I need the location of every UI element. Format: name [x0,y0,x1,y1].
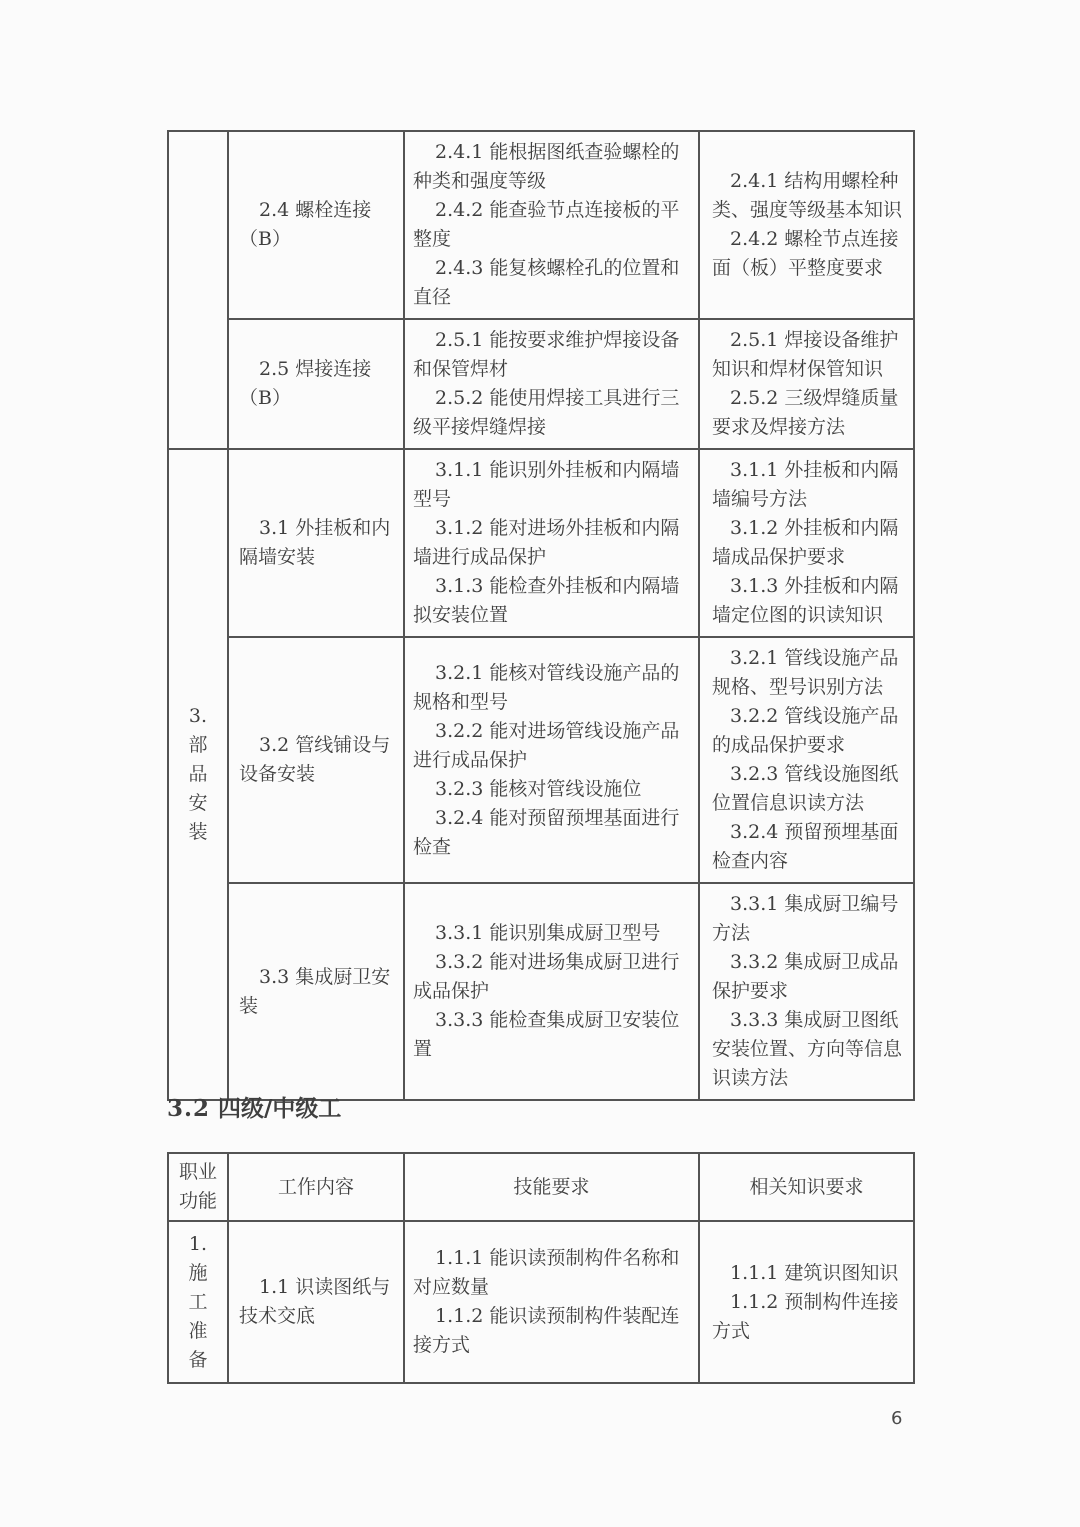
function-group-label: 3. 部 品 安 装 [169,702,227,847]
work-content-label: 3.1 外挂板和内隔墙安装 [239,514,395,572]
knowledge-item: 3.2.3 管线设施图纸位置信息识读方法 [712,760,903,818]
table-row-1-1: 1. 施 工 准 备 1.1 识读图纸与技术交底 1.1.1 能识读预制构件名称… [168,1221,914,1383]
skill-requirements-cell-3-1: 3.1.1 能识别外挂板和内隔墙型号 3.1.2 能对进场外挂板和内隔墙进行成品… [404,449,699,637]
skill-item: 3.2.3 能核对管线设施位 [413,775,684,804]
work-content-cell-3-3: 3.3 集成厨卫安装 [228,883,404,1100]
skill-item: 2.5.1 能按要求维护焊接设备和保管焊材 [413,326,684,384]
work-content-label: 2.4 螺栓连接（B） [239,196,395,254]
skill-requirements-cell-3-3: 3.3.1 能识别集成厨卫型号 3.3.2 能对进场集成厨卫进行成品保护 3.3… [404,883,699,1100]
knowledge-item: 3.1.1 外挂板和内隔墙编号方法 [712,456,903,514]
skill-item: 3.3.1 能识别集成厨卫型号 [413,919,684,948]
skill-item: 3.1.3 能检查外挂板和内隔墙拟安装位置 [413,572,684,630]
work-content-cell-2-4: 2.4 螺栓连接（B） [228,131,404,319]
table-row-3-3: 3.3 集成厨卫安装 3.3.1 能识别集成厨卫型号 3.3.2 能对进场集成厨… [168,883,914,1100]
work-content-cell-1-1: 1.1 识读图纸与技术交底 [228,1221,404,1383]
function-cell-component-installation: 3. 部 品 安 装 [168,449,228,1100]
knowledge-item: 3.3.2 集成厨卫成品保护要求 [712,948,903,1006]
skill-item: 3.2.2 能对进场管线设施产品进行成品保护 [413,717,684,775]
skill-requirements-cell-3-2: 3.2.1 能核对管线设施产品的规格和型号 3.2.2 能对进场管线设施产品进行… [404,637,699,883]
skill-item: 3.2.4 能对预留预埋基面进行检查 [413,804,684,862]
skill-item: 3.1.1 能识别外挂板和内隔墙型号 [413,456,684,514]
knowledge-item: 3.2.2 管线设施产品的成品保护要求 [712,702,903,760]
work-content-cell-3-2: 3.2 管线铺设与设备安装 [228,637,404,883]
work-content-label: 2.5 焊接连接（B） [239,355,395,413]
function-cell-construction-preparation: 1. 施 工 准 备 [168,1221,228,1383]
work-content-cell-2-5: 2.5 焊接连接（B） [228,319,404,449]
section-title: 四级/中级工 [218,1096,341,1122]
work-content-label: 3.3 集成厨卫安装 [239,963,395,1021]
knowledge-requirements-cell-3-2: 3.2.1 管线设施产品规格、型号识别方法 3.2.2 管线设施产品的成品保护要… [699,637,914,883]
knowledge-item: 2.4.2 螺栓节点连接面（板）平整度要求 [712,225,903,283]
skill-item: 3.3.2 能对进场集成厨卫进行成品保护 [413,948,684,1006]
knowledge-requirements-cell-2-5: 2.5.1 焊接设备维护知识和焊材保管知识 2.5.2 三级焊缝质量要求及焊接方… [699,319,914,449]
table-row-3-2: 3.2 管线铺设与设备安装 3.2.1 能核对管线设施产品的规格和型号 3.2.… [168,637,914,883]
skills-table-continued: 2.4 螺栓连接（B） 2.4.1 能根据图纸查验螺栓的种类和强度等级 2.4.… [167,130,915,1101]
header-knowledge-requirements: 相关知识要求 [699,1153,914,1221]
skill-item: 2.4.2 能查验节点连接板的平整度 [413,196,684,254]
knowledge-item: 2.4.1 结构用螺栓种类、强度等级基本知识 [712,167,903,225]
knowledge-item: 3.3.1 集成厨卫编号方法 [712,890,903,948]
knowledge-item: 3.2.4 预留预埋基面检查内容 [712,818,903,876]
page-number: 6 [891,1408,902,1429]
skills-table-intermediate: 职业功能 工作内容 技能要求 相关知识要求 1. 施 工 准 备 1.1 识读图… [167,1152,915,1384]
work-content-cell-3-1: 3.1 外挂板和内隔墙安装 [228,449,404,637]
work-content-label: 1.1 识读图纸与技术交底 [239,1273,395,1331]
table-row-2-5: 2.5 焊接连接（B） 2.5.1 能按要求维护焊接设备和保管焊材 2.5.2 … [168,319,914,449]
work-content-label: 3.2 管线铺设与设备安装 [239,731,395,789]
function-group-label: 1. 施 工 准 备 [169,1230,227,1375]
table-header-row: 职业功能 工作内容 技能要求 相关知识要求 [168,1153,914,1221]
header-work-content: 工作内容 [228,1153,404,1221]
knowledge-item: 2.5.1 焊接设备维护知识和焊材保管知识 [712,326,903,384]
knowledge-item: 1.1.2 预制构件连接方式 [712,1288,903,1346]
skill-item: 1.1.1 能识读预制构件名称和对应数量 [413,1244,684,1302]
knowledge-item: 2.5.2 三级焊缝质量要求及焊接方法 [712,384,903,442]
skill-item: 3.3.3 能检查集成厨卫安装位置 [413,1006,684,1064]
header-occupational-function: 职业功能 [168,1153,228,1221]
skill-item: 2.5.2 能使用焊接工具进行三级平接焊缝焊接 [413,384,684,442]
knowledge-item: 3.1.2 外挂板和内隔墙成品保护要求 [712,514,903,572]
knowledge-requirements-cell-1-1: 1.1.1 建筑识图知识 1.1.2 预制构件连接方式 [699,1221,914,1383]
skill-requirements-cell-1-1: 1.1.1 能识读预制构件名称和对应数量 1.1.2 能识读预制构件装配连接方式 [404,1221,699,1383]
knowledge-item: 3.3.3 集成厨卫图纸安装位置、方向等信息识读方法 [712,1006,903,1093]
knowledge-item: 3.1.3 外挂板和内隔墙定位图的识读知识 [712,572,903,630]
function-cell-blank [168,131,228,449]
table-row-3-1: 3. 部 品 安 装 3.1 外挂板和内隔墙安装 3.1.1 能识别外挂板和内隔… [168,449,914,637]
skill-item: 1.1.2 能识读预制构件装配连接方式 [413,1302,684,1360]
knowledge-item: 3.2.1 管线设施产品规格、型号识别方法 [712,644,903,702]
skill-requirements-cell-2-5: 2.5.1 能按要求维护焊接设备和保管焊材 2.5.2 能使用焊接工具进行三级平… [404,319,699,449]
skill-item: 3.2.1 能核对管线设施产品的规格和型号 [413,659,684,717]
skill-requirements-cell-2-4: 2.4.1 能根据图纸查验螺栓的种类和强度等级 2.4.2 能查验节点连接板的平… [404,131,699,319]
skill-item: 2.4.1 能根据图纸查验螺栓的种类和强度等级 [413,138,684,196]
table-row-2-4: 2.4 螺栓连接（B） 2.4.1 能根据图纸查验螺栓的种类和强度等级 2.4.… [168,131,914,319]
knowledge-item: 1.1.1 建筑识图知识 [712,1259,903,1288]
section-heading: 3.2四级/中级工 [167,1090,341,1123]
knowledge-requirements-cell-3-1: 3.1.1 外挂板和内隔墙编号方法 3.1.2 外挂板和内隔墙成品保护要求 3.… [699,449,914,637]
skill-item: 2.4.3 能复核螺栓孔的位置和直径 [413,254,684,312]
document-page: 2.4 螺栓连接（B） 2.4.1 能根据图纸查验螺栓的种类和强度等级 2.4.… [0,0,1080,1527]
header-skill-requirements: 技能要求 [404,1153,699,1221]
knowledge-requirements-cell-2-4: 2.4.1 结构用螺栓种类、强度等级基本知识 2.4.2 螺栓节点连接面（板）平… [699,131,914,319]
section-number: 3.2 [167,1095,210,1122]
knowledge-requirements-cell-3-3: 3.3.1 集成厨卫编号方法 3.3.2 集成厨卫成品保护要求 3.3.3 集成… [699,883,914,1100]
skill-item: 3.1.2 能对进场外挂板和内隔墙进行成品保护 [413,514,684,572]
